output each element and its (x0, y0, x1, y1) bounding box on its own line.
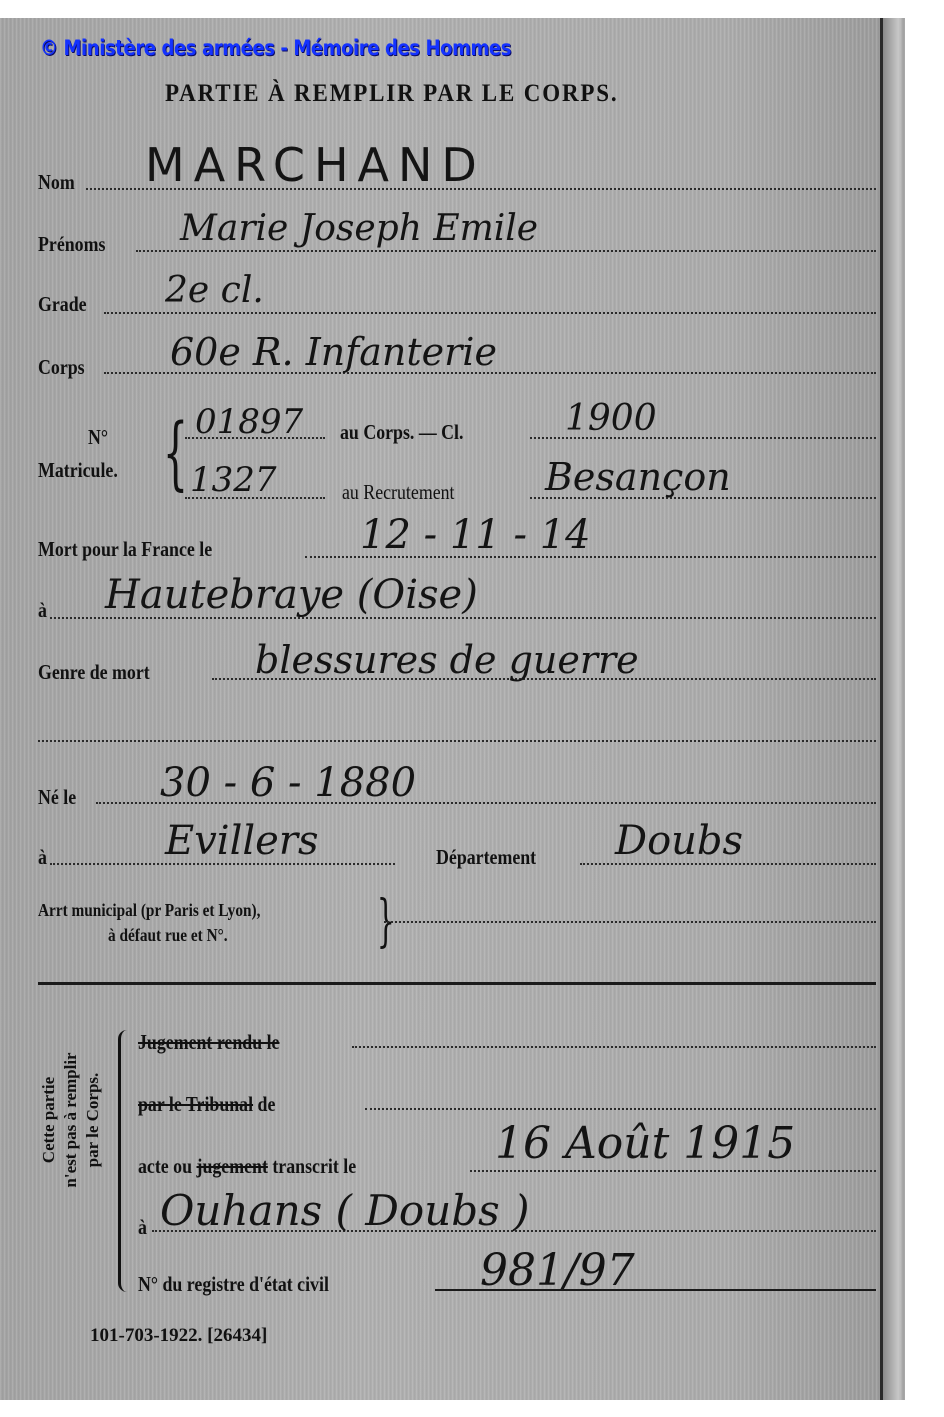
lower-section-brace (118, 1030, 127, 1292)
ne-le-label: Né le (38, 785, 76, 810)
jugement-rendu-line (352, 1046, 876, 1048)
transcrit-a-value: Ouhans ( Doubs ) (160, 1186, 529, 1235)
transcrit-line (470, 1170, 876, 1172)
au-recrutement-label: au Recrutement (342, 480, 455, 505)
matricule-brace: { (163, 408, 188, 498)
tribunal-line (365, 1108, 876, 1110)
arrondissement-label-1: Arrt municipal (pr Paris et Lyon), (38, 900, 260, 921)
matricule-recrutement-value: 1327 (190, 460, 277, 500)
departement-label: Département (436, 845, 536, 870)
transcrit-a-label: à (138, 1215, 147, 1240)
printer-reference-code: 101-703-1922. [26434] (90, 1325, 267, 1347)
matricule-label: Matricule. (38, 458, 118, 483)
prenoms-line (136, 250, 876, 252)
registre-value: 981/97 (480, 1245, 635, 1296)
grade-line (104, 312, 876, 314)
ne-a-value: Evillers (165, 818, 319, 864)
registre-label: N° du registre d'état civil (138, 1272, 329, 1297)
genre-mort-label: Genre de mort (38, 660, 150, 685)
classe-value: 1900 (565, 398, 657, 439)
grade-label: Grade (38, 292, 87, 317)
prenoms-value: Marie Joseph Emile (180, 208, 538, 249)
mort-le-label: Mort pour la France le (38, 537, 212, 562)
ne-le-value: 30 - 6 - 1880 (160, 760, 416, 806)
jugement-rendu-label: Jugement rendu le (138, 1030, 279, 1055)
extra-blank-line (38, 740, 876, 742)
copyright-watermark: © Ministère des armées - Mémoire des Hom… (40, 36, 511, 60)
ne-a-label: à (38, 845, 47, 870)
section-divider (38, 982, 876, 985)
nom-value: MARCHAND (145, 138, 486, 192)
mort-a-label: à (38, 598, 47, 623)
transcrit-value: 16 Août 1915 (495, 1118, 795, 1169)
nom-label: Nom (38, 170, 75, 195)
mort-a-value: Hautebraye (Oise) (105, 572, 478, 618)
not-for-corps-note: Cette partie n'est pas à remplir par le … (38, 1005, 104, 1235)
arrondissement-label-2: à défaut rue et N°. (108, 925, 228, 946)
form-title: PARTIE À REMPLIR PAR LE CORPS. (165, 80, 619, 108)
card-edge-shadow (883, 18, 905, 1400)
mort-le-value: 12 - 11 - 14 (360, 512, 591, 558)
au-corps-classe-label: au Corps. — Cl. (340, 420, 463, 445)
matricule-corps-value: 01897 (195, 402, 303, 442)
matricule-label-no: N° (88, 425, 108, 450)
tribunal-label: par le Tribunal de (138, 1092, 275, 1117)
recrutement-value: Besançon (545, 455, 731, 499)
grade-value: 2e cl. (165, 270, 264, 311)
prenoms-label: Prénoms (38, 232, 105, 257)
arrondissement-line (384, 921, 876, 923)
corps-label: Corps (38, 355, 85, 380)
genre-mort-value: blessures de guerre (255, 638, 639, 682)
departement-value: Doubs (615, 818, 743, 864)
corps-value: 60e R. Infanterie (170, 330, 497, 374)
card-right-border (880, 18, 883, 1400)
transcrit-label: acte ou jugement transcrit le (138, 1154, 356, 1179)
